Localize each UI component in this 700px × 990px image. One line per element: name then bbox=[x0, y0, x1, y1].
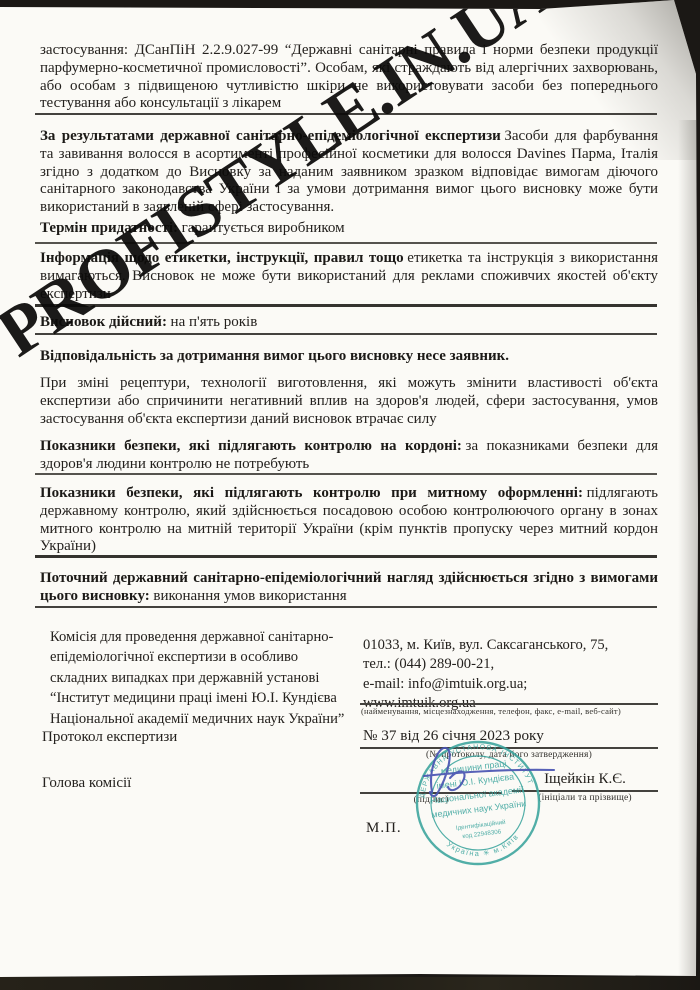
paragraph-border-control: Показники безпеки, які підлягають контро… bbox=[40, 438, 658, 474]
paragraph-supervision: Поточний державний санітарно-епідеміолог… bbox=[40, 570, 658, 606]
paragraph-validity: Висновок дійсний:на п'ять років bbox=[40, 314, 658, 332]
validity-label: Висновок дійсний: bbox=[40, 314, 167, 330]
commission-phone: тел.: (044) 289-00-21, bbox=[363, 655, 663, 674]
paragraph-label-info: Інформація щодо етикетки, інструкції, пр… bbox=[40, 250, 658, 303]
supervision-text: виконання умов використання bbox=[153, 588, 346, 604]
contacts-caption: (найменування, місцезнаходження, телефон… bbox=[361, 706, 661, 716]
shelf-life-label: Термін придатності: bbox=[40, 220, 178, 236]
document-page: застосування: ДСанПіН 2.2.9.027-99 “Держ… bbox=[0, 0, 700, 990]
commission-email: e-mail: info@imtuik.org.ua; bbox=[363, 675, 663, 694]
scanned-document: застосування: ДСанПіН 2.2.9.027-99 “Держ… bbox=[0, 0, 700, 990]
paragraph-shelf-life: Термін придатності:гарантується виробник… bbox=[40, 220, 658, 238]
paragraph-usage-conditions: застосування: ДСанПіН 2.2.9.027-99 “Держ… bbox=[40, 42, 658, 113]
divider-rule bbox=[35, 333, 657, 335]
scanner-edge-bottom bbox=[0, 977, 700, 990]
paragraph-expertise-results: За результатами державної санітарно-епід… bbox=[40, 128, 658, 217]
divider-rule bbox=[35, 606, 657, 608]
label-info-label: Інформація щодо етикетки, інструкції, пр… bbox=[40, 250, 404, 266]
shelf-life-text: гарантується виробником bbox=[182, 220, 345, 236]
validity-text: на п'ять років bbox=[171, 314, 258, 330]
commission-name-line: Національної академії медичних наук Укра… bbox=[50, 709, 370, 729]
contacts-underline bbox=[360, 703, 658, 705]
divider-rule bbox=[35, 473, 657, 475]
customs-control-label: Показники безпеки, які підлягають контро… bbox=[40, 485, 583, 501]
paragraph-change-clause: При зміні рецептури, технології виготовл… bbox=[40, 375, 658, 428]
chairman-label: Голова комісії bbox=[42, 775, 131, 792]
commission-address: 01033, м. Київ, вул. Саксаганського, 75, bbox=[363, 636, 663, 655]
paragraph-responsibility: Відповідальність за дотримання вимог цьо… bbox=[40, 348, 658, 366]
divider-rule bbox=[35, 555, 657, 558]
divider-rule bbox=[35, 304, 657, 307]
commission-name-line: “Інститут медицини праці імені Ю.І. Кунд… bbox=[50, 688, 370, 708]
commission-contacts: 01033, м. Київ, вул. Саксаганського, 75,… bbox=[363, 636, 663, 714]
commission-name-line: епідеміологічної експертизи в особливо bbox=[50, 647, 370, 667]
seal-place-mark: М.П. bbox=[366, 820, 402, 837]
paragraph-customs-control: Показники безпеки, які підлягають контро… bbox=[40, 485, 658, 556]
border-control-label: Показники безпеки, які підлягають контро… bbox=[40, 438, 462, 454]
divider-rule bbox=[35, 113, 657, 115]
commission-name-line: Комісія для проведення державної санітар… bbox=[50, 627, 370, 647]
supervision-label: Поточний державний санітарно-епідеміолог… bbox=[40, 570, 658, 604]
expertise-results-label: За результатами державної санітарно-епід… bbox=[40, 128, 501, 144]
page-edge-shadow bbox=[678, 120, 700, 980]
protocol-label: Протокол експертизи bbox=[42, 729, 177, 746]
commission-name: Комісія для проведення державної санітар… bbox=[50, 627, 370, 729]
handwritten-signature bbox=[406, 736, 566, 802]
divider-rule bbox=[35, 242, 657, 244]
commission-name-line: складних випадках при державній установі bbox=[50, 668, 370, 688]
